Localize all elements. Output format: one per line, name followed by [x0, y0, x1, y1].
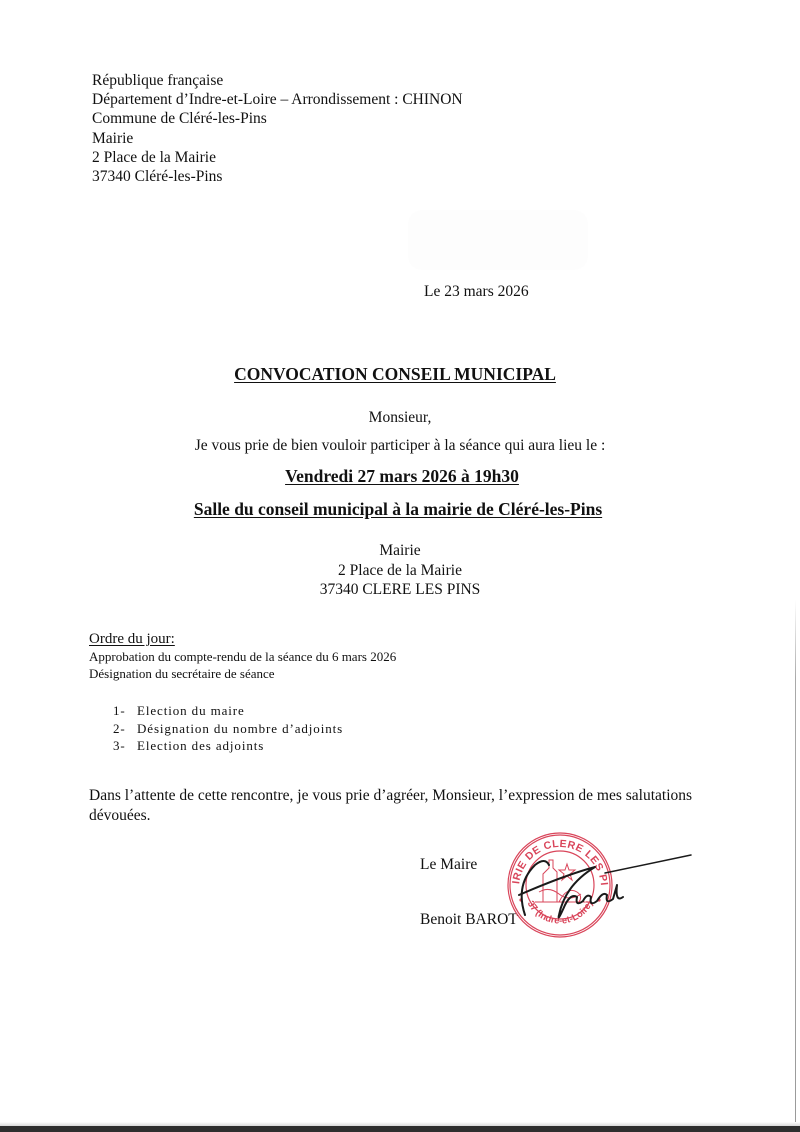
intro-sentence: Je vous prie de bien vouloir participer … [0, 437, 800, 455]
header-line-commune: Commune de Cléré-les-Pins [92, 109, 463, 128]
header-line-department: Département d’Indre-et-Loire – Arrondiss… [92, 90, 463, 109]
header-line-city: 37340 Cléré-les-Pins [92, 167, 463, 186]
agenda-list: 1- Election du maire 2- Désignation du n… [113, 702, 343, 755]
agenda-item: 1- Election du maire [113, 702, 343, 720]
signatory-name: Benoit BAROT [420, 911, 518, 929]
agenda-preliminary-item: Désignation du secrétaire de séance [89, 665, 396, 682]
meeting-datetime: Vendredi 27 mars 2026 à 19h30 [2, 466, 800, 487]
header-line-mairie: Mairie [92, 129, 463, 148]
meeting-address: Mairie 2 Place de la Mairie 37340 CLERE … [0, 541, 800, 600]
agenda-item: 3- Election des adjoints [113, 737, 343, 755]
erased-recipient-area [408, 210, 588, 270]
agenda-item: 2- Désignation du nombre d’adjoints [113, 720, 343, 738]
scanner-bottom-band [0, 1126, 800, 1132]
agenda-title: Ordre du jour: [89, 631, 175, 648]
agenda-item-number: 3- [113, 737, 137, 755]
agenda-item-label: Election du maire [137, 702, 245, 720]
salutation: Monsieur, [0, 409, 800, 427]
signatory-title: Le Maire [420, 856, 477, 874]
meeting-address-line: 37340 CLERE LES PINS [0, 580, 800, 600]
agenda-item-label: Désignation du nombre d’adjoints [137, 720, 343, 738]
sender-header: République française Département d’Indre… [92, 71, 463, 186]
agenda-item-number: 1- [113, 702, 137, 720]
agenda-item-number: 2- [113, 720, 137, 738]
document-title: CONVOCATION CONSEIL MUNICIPAL [0, 364, 795, 385]
header-line-street: 2 Place de la Mairie [92, 148, 463, 167]
meeting-address-line: 2 Place de la Mairie [0, 561, 800, 581]
letter-date: Le 23 mars 2026 [424, 282, 529, 301]
meeting-location: Salle du conseil municipal à la mairie d… [0, 499, 798, 520]
document-page: République française Département d’Indre… [0, 0, 800, 1126]
header-line-republic: République française [92, 71, 463, 90]
closing-formula: Dans l’attente de cette rencontre, je vo… [89, 786, 729, 825]
meeting-address-line: Mairie [0, 541, 800, 561]
page-edge-shadow [795, 600, 796, 1126]
agenda-preliminary-item: Approbation du compte-rendu de la séance… [89, 648, 396, 665]
agenda-preliminary: Approbation du compte-rendu de la séance… [89, 648, 396, 682]
handwritten-signature-icon [505, 845, 695, 925]
agenda-item-label: Election des adjoints [137, 737, 264, 755]
